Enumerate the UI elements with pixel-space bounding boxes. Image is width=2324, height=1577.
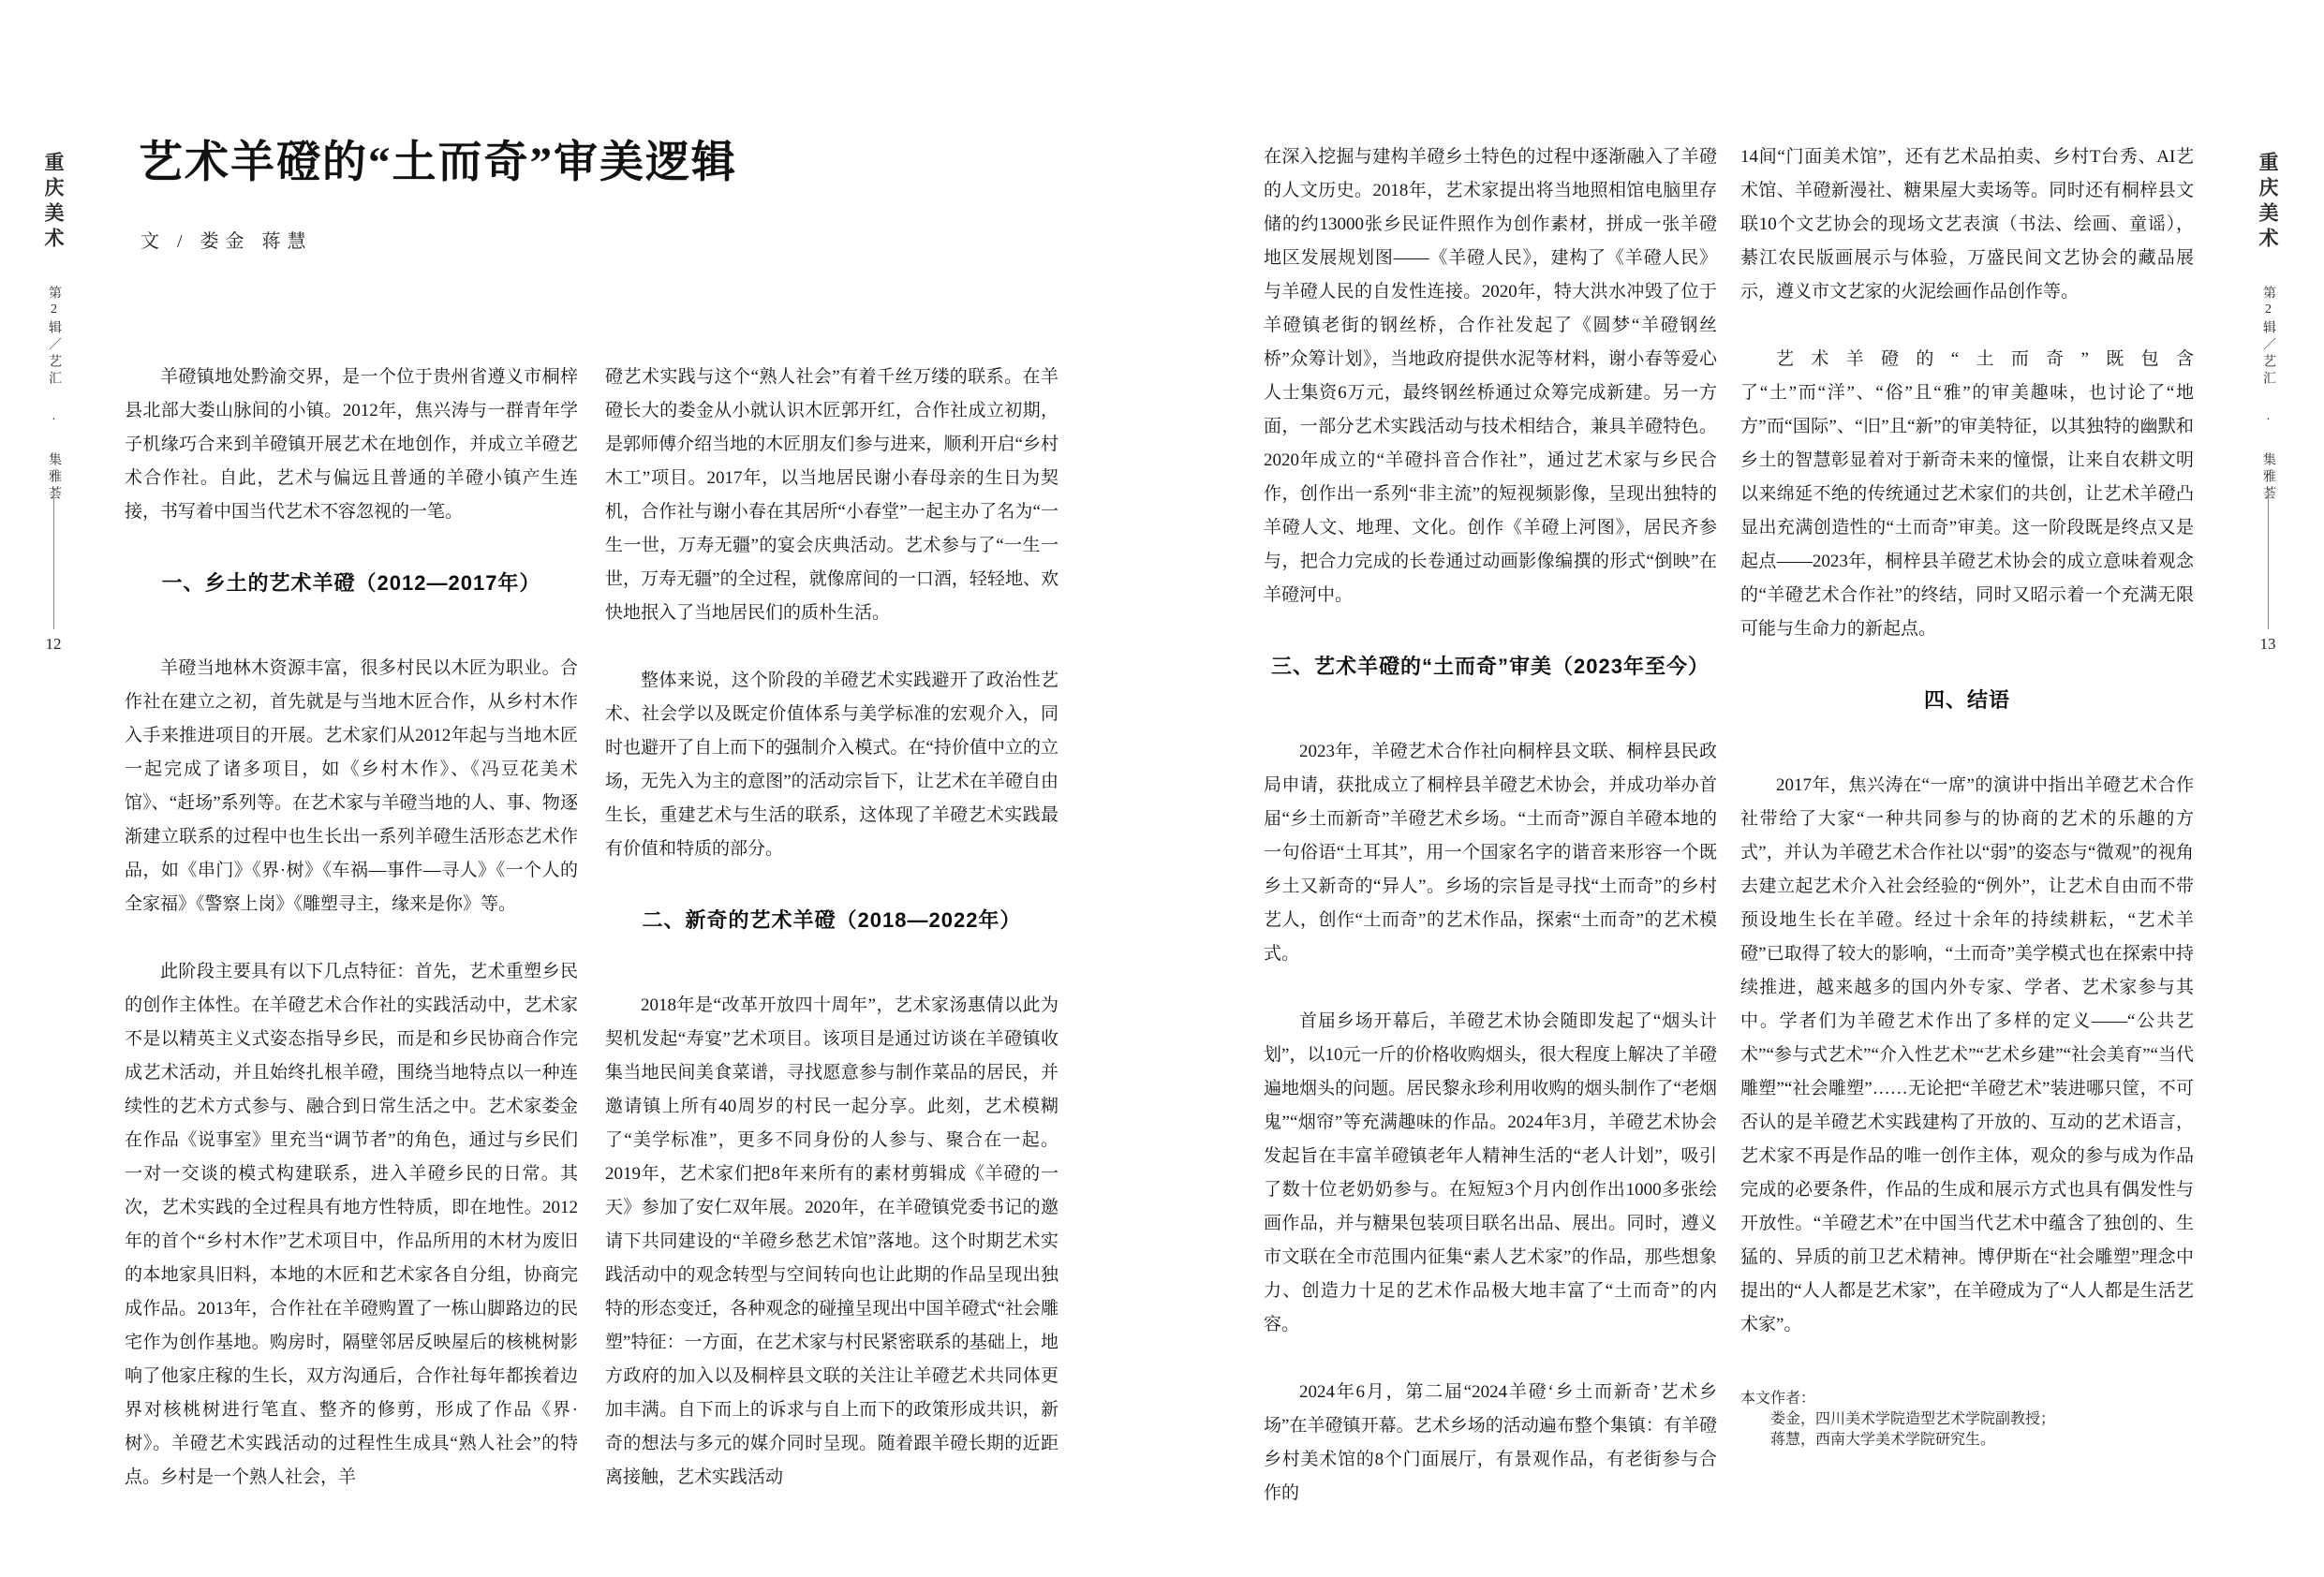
- journal-issue-label: 第2辑／艺汇: [2261, 286, 2275, 388]
- left-page-column-2: 磴艺术实践与这个“熟人社会”有着千丝万缕的联系。在羊磴长大的娄金从小就认识木匠郭…: [605, 361, 1058, 1528]
- section-heading-4: 四、结语: [1740, 684, 2194, 717]
- section-heading-2: 二、新奇的艺术羊磴（2018—2022年）: [605, 904, 1058, 937]
- right-page-column-2: 14间“门面美术馆”，还有艺术品拍卖、乡村T台秀、AI艺术馆、羊磴新漫社、糖果屋…: [1740, 140, 2194, 1451]
- paragraph-continued: 在深入挖掘与建构羊磴乡土特色的过程中逐渐融入了羊磴的人文历史。2018年，艺术家…: [1264, 140, 1717, 612]
- journal-series-title: 重庆美术: [2257, 152, 2279, 253]
- paragraph-continued: 14间“门面美术馆”，还有艺术品拍卖、乡村T台秀、AI艺术馆、羊磴新漫社、糖果屋…: [1740, 140, 2194, 309]
- separator-dot: ·: [2261, 413, 2275, 427]
- journal-vertical-caption: 重庆美术 第2辑／艺汇 · 集雅荟: [2254, 152, 2282, 503]
- author-note-line: 娄金，四川美术学院造型艺术学院副教授；: [1740, 1409, 2194, 1430]
- journal-series-title: 重庆美术: [42, 152, 65, 253]
- separator-dot: ·: [47, 413, 61, 427]
- paragraph: 羊磴当地林木资源丰富，很多村民以木匠为职业。合作社在建立之初，首先就是与当地木匠…: [125, 652, 578, 921]
- author-note-label: 本文作者：: [1740, 1389, 2194, 1409]
- magazine-spread: 重庆美术 第2辑／艺汇 · 集雅荟 12 重庆美术 第2辑／艺汇 · 集雅荟 1…: [0, 0, 2324, 1577]
- article-title: 艺术羊磴的“土而奇”审美逻辑: [139, 138, 737, 188]
- right-page-column-1: 在深入挖掘与建构羊磴乡土特色的过程中逐渐融入了羊磴的人文历史。2018年，艺术家…: [1264, 140, 1717, 1544]
- section-heading-1: 一、乡土的艺术羊磴（2012—2017年）: [125, 567, 578, 600]
- paragraph: 2024年6月，第二届“2024羊磴‘乡土而新奇’艺术乡场”在羊磴镇开幕。艺术乡…: [1264, 1376, 1717, 1511]
- paragraph: 此阶段主要具有以下几点特征：首先，艺术重塑乡民的创作主体性。在羊磴艺术合作社的实…: [125, 955, 578, 1495]
- paragraph: 艺术羊磴的“土而奇”既包含了“土”而“洋”、“俗”且“雅”的审美趣味，也讨论了“…: [1740, 343, 2194, 646]
- page-number-left: 12: [46, 635, 62, 654]
- paragraph: 2023年，羊磴艺术合作社向桐梓县文联、桐梓县民政局申请，获批成立了桐梓县羊磴艺…: [1264, 735, 1717, 971]
- left-page-margin-sidebar: 重庆美术 第2辑／艺汇 · 集雅荟 12: [37, 152, 69, 732]
- margin-divider-rule: [2268, 489, 2269, 629]
- paragraph: 2017年，焦兴涛在“一席”的演讲中指出羊磴艺术合作社带给了大家“一种共同参与的…: [1740, 769, 2194, 1342]
- paragraph: 整体来说，这个阶段的羊磴艺术实践避开了政治性艺术、社会学以及既定价值体系与美学标…: [605, 664, 1058, 866]
- author-note: 本文作者： 娄金，四川美术学院造型艺术学院副教授； 蒋慧，西南大学美术学院研究生…: [1740, 1389, 2194, 1451]
- paragraph: 羊磴镇地处黔渝交界，是一个位于贵州省遵义市桐梓县北部大娄山脉间的小镇。2012年…: [125, 361, 578, 529]
- page-number-right: 13: [2260, 635, 2276, 654]
- journal-vertical-caption: 重庆美术 第2辑／艺汇 · 集雅荟: [39, 152, 67, 503]
- paragraph: 2018年是“改革开放四十周年”，艺术家汤惠倩以此为契机发起“寿宴”艺术项目。该…: [605, 989, 1058, 1495]
- paragraph-continued: 磴艺术实践与这个“熟人社会”有着千丝万缕的联系。在羊磴长大的娄金从小就认识木匠郭…: [605, 361, 1058, 630]
- left-page-column-1: 羊磴镇地处黔渝交界，是一个位于贵州省遵义市桐梓县北部大娄山脉间的小镇。2012年…: [125, 361, 578, 1528]
- paragraph: 首届乡场开幕后，羊磴艺术协会随即发起了“烟头计划”，以10元一斤的价格收购烟头，…: [1264, 1005, 1717, 1342]
- section-heading-3: 三、艺术羊磴的“土而奇”审美（2023年至今）: [1264, 650, 1717, 684]
- author-note-line: 蒋慧，西南大学美术学院研究生。: [1740, 1430, 2194, 1451]
- right-page-margin-sidebar: 重庆美术 第2辑／艺汇 · 集雅荟 13: [2252, 152, 2284, 732]
- margin-divider-rule: [53, 489, 54, 629]
- journal-issue-label: 第2辑／艺汇: [47, 286, 61, 388]
- article-byline: 文 / 娄金 蒋慧: [141, 226, 313, 253]
